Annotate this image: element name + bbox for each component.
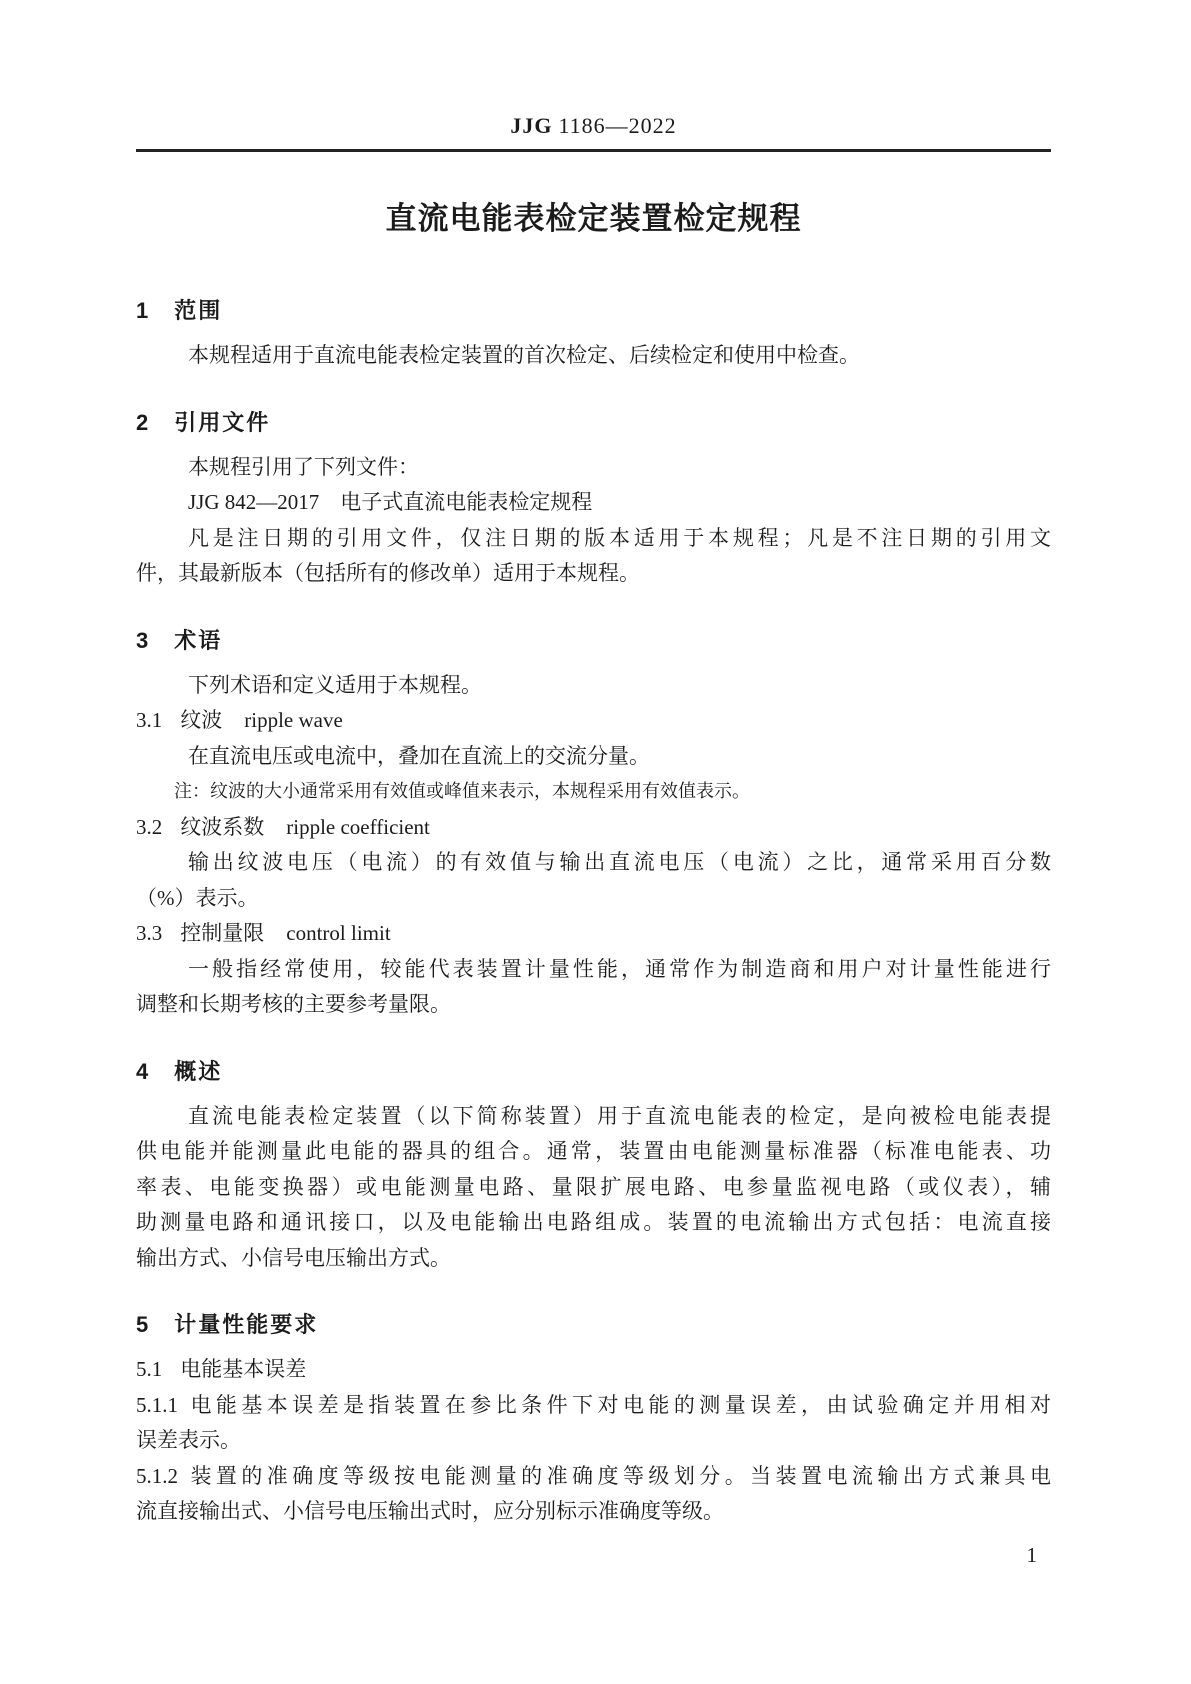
term-3-3-english: control limit (286, 921, 390, 945)
section-4-paragraph-line: 直流电能表检定装置（以下简称装置）用于直流电能表的检定，是向被检电能表提 (136, 1099, 1051, 1135)
standard-code-number: 1186—2022 (558, 113, 676, 138)
standard-code-prefix: JJG (510, 113, 552, 138)
document-page: JJG1186—2022 直流电能表检定装置检定规程 1范围 本规程适用于直流电… (0, 0, 1191, 1684)
section-4-title: 概述 (174, 1059, 222, 1084)
section-1-heading: 1范围 (136, 298, 1051, 324)
section-1-paragraph: 本规程适用于直流电能表检定装置的首次检定、后续检定和使用中检查。 (136, 338, 1051, 374)
header-rule (136, 149, 1051, 152)
term-3-1-number: 3.1 (136, 703, 162, 739)
term-3-2-number: 3.2 (136, 810, 162, 846)
term-3-1-definition: 在直流电压或电流中，叠加在直流上的交流分量。 (136, 739, 1051, 775)
page-content: JJG1186—2022 直流电能表检定装置检定规程 1范围 本规程适用于直流电… (0, 0, 1191, 1568)
section-1-title: 范围 (174, 298, 222, 323)
page-number: 1 (136, 1542, 1051, 1568)
clause-5-1-2-line: 5.1.2装置的准确度等级按电能测量的准确度等级划分。当装置电流输出方式兼具电 (136, 1459, 1051, 1495)
term-3-2-definition-line: 输出纹波电压（电流）的有效值与输出直流电压（电流）之比，通常采用百分数 (136, 845, 1051, 881)
term-3-1-note: 注：纹波的大小通常采用有效值或峰值来表示，本规程采用有效值表示。 (136, 774, 1051, 810)
clause-5-1-1-line: 5.1.1电能基本误差是指装置在参比条件下对电能的测量误差，由试验确定并用相对 (136, 1388, 1051, 1424)
referenced-document-line: JJG 842—2017 电子式直流电能表检定规程 (136, 485, 1051, 521)
term-3-3-definition-line: 一般指经常使用，较能代表装置计量性能，通常作为制造商和用户对计量性能进行 (136, 952, 1051, 988)
running-head-standard-code: JJG1186—2022 (136, 112, 1051, 140)
term-3-3-heading: 3.3控制量限control limit (136, 916, 1051, 952)
section-2-paragraph-line: 件，其最新版本（包括所有的修改单）适用于本规程。 (136, 556, 1051, 592)
section-4-paragraph-line: 率表、电能变换器）或电能测量电路、量限扩展电路、电参量监视电路（或仪表），辅 (136, 1170, 1051, 1206)
term-3-3-number: 3.3 (136, 916, 162, 952)
section-5-number: 5 (136, 1312, 148, 1338)
section-2-paragraph-line: 本规程引用了下列文件： (136, 450, 1051, 486)
clause-5-1-heading: 5.1电能基本误差 (136, 1352, 1051, 1388)
section-3-title: 术语 (174, 628, 222, 653)
clause-5-1-number: 5.1 (136, 1352, 162, 1388)
clause-5-1-1-line: 误差表示。 (136, 1423, 1051, 1459)
section-5-heading: 5计量性能要求 (136, 1312, 1051, 1338)
section-1-number: 1 (136, 298, 148, 324)
clause-5-1-1-number: 5.1.1 (136, 1388, 178, 1424)
clause-5-1-2-text: 装置的准确度等级按电能测量的准确度等级划分。当装置电流输出方式兼具电 (186, 1464, 1051, 1488)
section-2-heading: 2引用文件 (136, 410, 1051, 436)
section-4-paragraph-line: 助测量电路和通讯接口，以及电能输出电路组成。装置的电流输出方式包括：电流直接 (136, 1205, 1051, 1241)
term-3-1-heading: 3.1纹波ripple wave (136, 703, 1051, 739)
section-4-number: 4 (136, 1059, 148, 1085)
section-3-paragraph-line: 下列术语和定义适用于本规程。 (136, 668, 1051, 704)
section-3-heading: 3术语 (136, 628, 1051, 654)
section-5-title: 计量性能要求 (174, 1312, 318, 1337)
section-3-number: 3 (136, 628, 148, 654)
clause-5-1-2-number: 5.1.2 (136, 1459, 178, 1495)
term-3-2-english: ripple coefficient (286, 815, 430, 839)
term-3-2-chinese: 纹波系数 (180, 810, 264, 846)
document-title: 直流电能表检定装置检定规程 (136, 198, 1051, 240)
section-2-paragraph-line: 凡是注日期的引用文件，仅注日期的版本适用于本规程；凡是不注日期的引用文 (136, 521, 1051, 557)
clause-5-1-title: 电能基本误差 (180, 1357, 306, 1381)
term-3-2-heading: 3.2纹波系数ripple coefficient (136, 810, 1051, 846)
section-2-number: 2 (136, 410, 148, 436)
clause-5-1-1-text: 电能基本误差是指装置在参比条件下对电能的测量误差，由试验确定并用相对 (186, 1393, 1051, 1417)
section-4-paragraph-line: 供电能并能测量此电能的器具的组合。通常，装置由电能测量标准器（标准电能表、功 (136, 1134, 1051, 1170)
section-2-title: 引用文件 (174, 410, 270, 435)
term-3-1-chinese: 纹波 (180, 703, 222, 739)
term-3-2-definition-line: （%）表示。 (136, 881, 1051, 917)
term-3-3-chinese: 控制量限 (180, 916, 264, 952)
section-4-paragraph-line: 输出方式、小信号电压输出方式。 (136, 1241, 1051, 1277)
term-3-3-definition-line: 调整和长期考核的主要参考量限。 (136, 987, 1051, 1023)
term-3-1-english: ripple wave (244, 708, 343, 732)
section-4-heading: 4概述 (136, 1059, 1051, 1085)
clause-5-1-2-line: 流直接输出式、小信号电压输出式时，应分别标示准确度等级。 (136, 1494, 1051, 1530)
